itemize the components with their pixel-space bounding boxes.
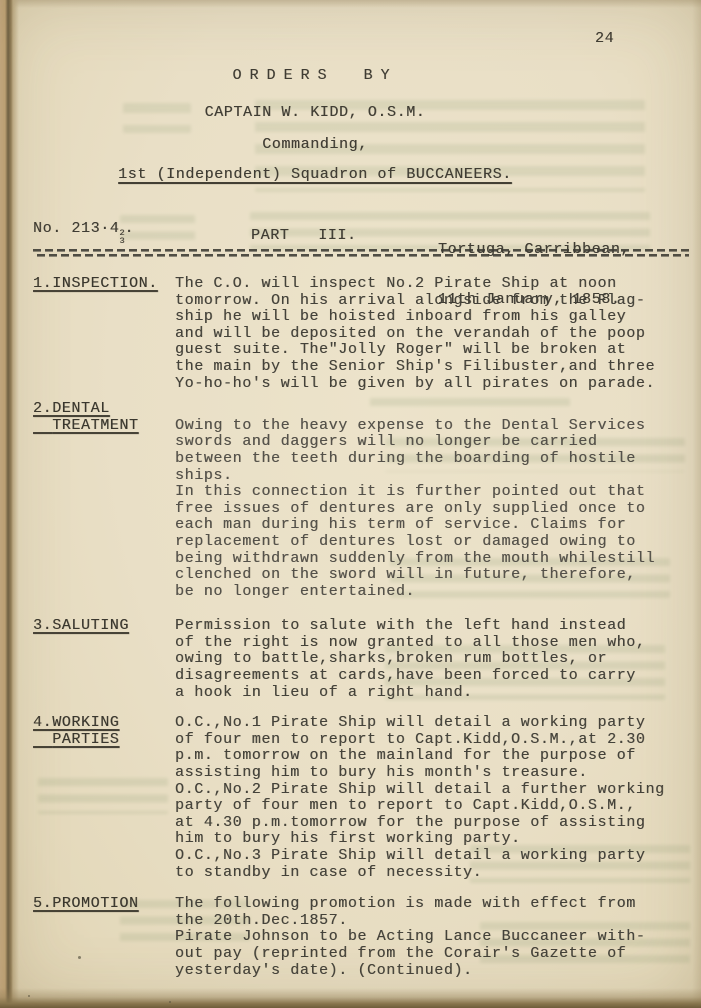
- squadron-underlined-text: 1st (Independent) Squadron of BUCCANEERS…: [118, 166, 512, 183]
- commanding-line: Commanding,: [35, 137, 595, 154]
- order-number: No. 213·423.: [33, 221, 134, 245]
- section-body: Permission to salute with the left hand …: [175, 618, 675, 701]
- order-number-suffix: .: [125, 220, 135, 237]
- page-edge-bottom: [0, 988, 701, 1008]
- page-edge-top: [0, 0, 701, 8]
- orders-list: 1.INSPECTION. The C.O. will inspect No.2…: [33, 276, 675, 979]
- section-label: 4.WORKING PARTIES: [33, 715, 175, 748]
- order-section-saluting: 3.SALUTING Permission to salute with the…: [33, 618, 675, 701]
- ink-speck: [169, 1001, 171, 1003]
- dashed-separator: [33, 249, 689, 257]
- captain-title: CAPTAIN W. KIDD, O.S.M.: [35, 105, 595, 122]
- page-binding-edge: [0, 0, 19, 1008]
- orders-by-title: ORDERS BY: [35, 68, 595, 85]
- order-number-prefix: No. 213·4: [33, 220, 119, 237]
- order-section-dental-treatment: 2.DENTAL TREATMENT Owing to the heavy ex…: [33, 401, 675, 600]
- section-body: The C.O. will inspect No.2 Pirate Ship a…: [175, 276, 675, 392]
- order-meta-row: No. 213·423. PART III. Tortuga, Carribbe…: [33, 209, 675, 245]
- section-body: The following promotion is made with eff…: [175, 896, 675, 979]
- part-label: PART III.: [251, 228, 357, 245]
- section-label: 5.PROMOTION: [33, 896, 175, 913]
- document-header: ORDERS BY CAPTAIN W. KIDD, O.S.M. Comman…: [35, 68, 595, 183]
- section-label: 2.DENTAL TREATMENT: [33, 401, 175, 434]
- section-label: 1.INSPECTION.: [33, 276, 175, 293]
- section-label: 3.SALUTING: [33, 618, 175, 635]
- section-body: Owing to the heavy expense to the Dental…: [175, 401, 675, 600]
- order-section-promotion: 5.PROMOTION The following promotion is m…: [33, 896, 675, 979]
- order-section-working-parties: 4.WORKING PARTIES O.C.,No.1 Pirate Ship …: [33, 715, 675, 881]
- section-body: O.C.,No.1 Pirate Ship will detail a work…: [175, 715, 675, 881]
- order-section-inspection: 1.INSPECTION. The C.O. will inspect No.2…: [33, 276, 675, 392]
- fraction-denominator: 3: [119, 238, 124, 246]
- document-page: 24 ORDERS BY CAPTAIN W. KIDD, O.S.M. Com…: [0, 0, 701, 1008]
- page-number: 24: [595, 31, 614, 48]
- ink-speck: [28, 995, 30, 997]
- squadron-line: 1st (Independent) Squadron of BUCCANEERS…: [35, 167, 595, 184]
- page-edge-right: [692, 0, 701, 1008]
